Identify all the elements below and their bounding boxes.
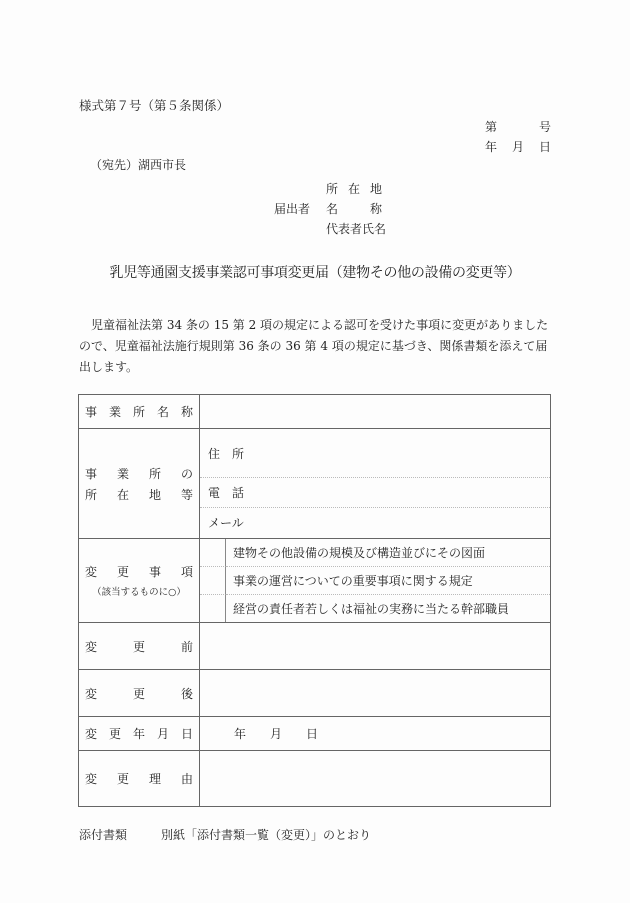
row-reason: 変更理由 [79, 751, 551, 807]
date-day: 日 [539, 138, 551, 155]
change-item-mark-3[interactable] [200, 595, 226, 622]
row-change-date: 変更年月日 年 月 日 [79, 717, 551, 751]
row-change-items: 変更事項 （該当するものに○） 建物その他設備の規模及び構造並びにその図面 事業… [79, 539, 551, 623]
doc-no-prefix: 第 [485, 118, 497, 135]
body-text: 児童福祉法第 34 条の 15 第 2 項の規定による認可を受けた事項に変更があ… [79, 315, 554, 378]
row-facility-name: 事業所名称 [79, 395, 551, 429]
change-date-field[interactable]: 年 月 日 [200, 717, 551, 751]
before-field[interactable] [200, 623, 551, 670]
attachments-label: 添付書類 [79, 826, 161, 843]
date-month: 月 [512, 138, 524, 155]
change-item-mark-2[interactable] [200, 567, 226, 595]
applicant-representative-label: 代表者氏名 [326, 220, 386, 237]
address-field[interactable]: 住 所 [200, 431, 550, 478]
location-fields: 住 所 電 話 メール [200, 429, 551, 539]
change-item-3: 経営の責任者若しくは福祉の実務に当たる幹部職員 [226, 595, 550, 622]
document-date: 年 月 日 [485, 138, 551, 155]
attachments-text: 別紙「添付書類一覧（変更）」のとおり [161, 826, 371, 843]
applicant-label: 届出者 [274, 200, 326, 217]
form-number: 様式第７号（第５条関係） [79, 96, 229, 114]
row-location: 事業所の 所在地等 住 所 電 話 メール [79, 429, 551, 539]
row-before: 変更前 [79, 623, 551, 670]
change-item-1: 建物その他設備の規模及び構造並びにその図面 [226, 539, 550, 567]
addressee: （宛先）湖西市長 [90, 156, 186, 173]
location-label: 事業所の 所在地等 [79, 429, 200, 539]
doc-no-suffix: 号 [539, 118, 551, 135]
change-items-note: （該当するものに○） [85, 584, 193, 598]
change-date-label: 変更年月日 [79, 717, 200, 751]
applicant-name-label: 名称 [326, 200, 382, 217]
notification-form-table: 事業所名称 事業所の 所在地等 住 所 電 話 メール 変更事項 （該当するもの… [78, 394, 551, 807]
attachments: 添付書類 別紙「添付書類一覧（変更）」のとおり [79, 826, 371, 843]
document-number: 第 号 [485, 118, 551, 135]
row-after: 変更後 [79, 670, 551, 717]
applicant-block: 所在地 届出者 名称 代表者氏名 [274, 178, 386, 238]
after-label: 変更後 [79, 670, 200, 717]
applicant-address-label: 所在地 [326, 180, 382, 197]
date-year: 年 [485, 138, 497, 155]
change-items-label: 変更事項 （該当するものに○） [79, 539, 200, 623]
change-item-2: 事業の運営についての重要事項に関する規定 [226, 567, 550, 595]
facility-name-label: 事業所名称 [79, 395, 200, 429]
reason-label: 変更理由 [79, 751, 200, 807]
phone-field[interactable]: 電 話 [200, 478, 550, 508]
change-item-mark-1[interactable] [200, 539, 226, 567]
facility-name-field[interactable] [200, 395, 551, 429]
after-field[interactable] [200, 670, 551, 717]
change-items-options: 建物その他設備の規模及び構造並びにその図面 事業の運営についての重要事項に関する… [200, 539, 551, 623]
document-title: 乳児等通園支援事業認可事項変更届（建物その他の設備の変更等） [0, 262, 630, 282]
reason-field[interactable] [200, 751, 551, 807]
email-field[interactable]: メール [200, 508, 550, 537]
before-label: 変更前 [79, 623, 200, 670]
